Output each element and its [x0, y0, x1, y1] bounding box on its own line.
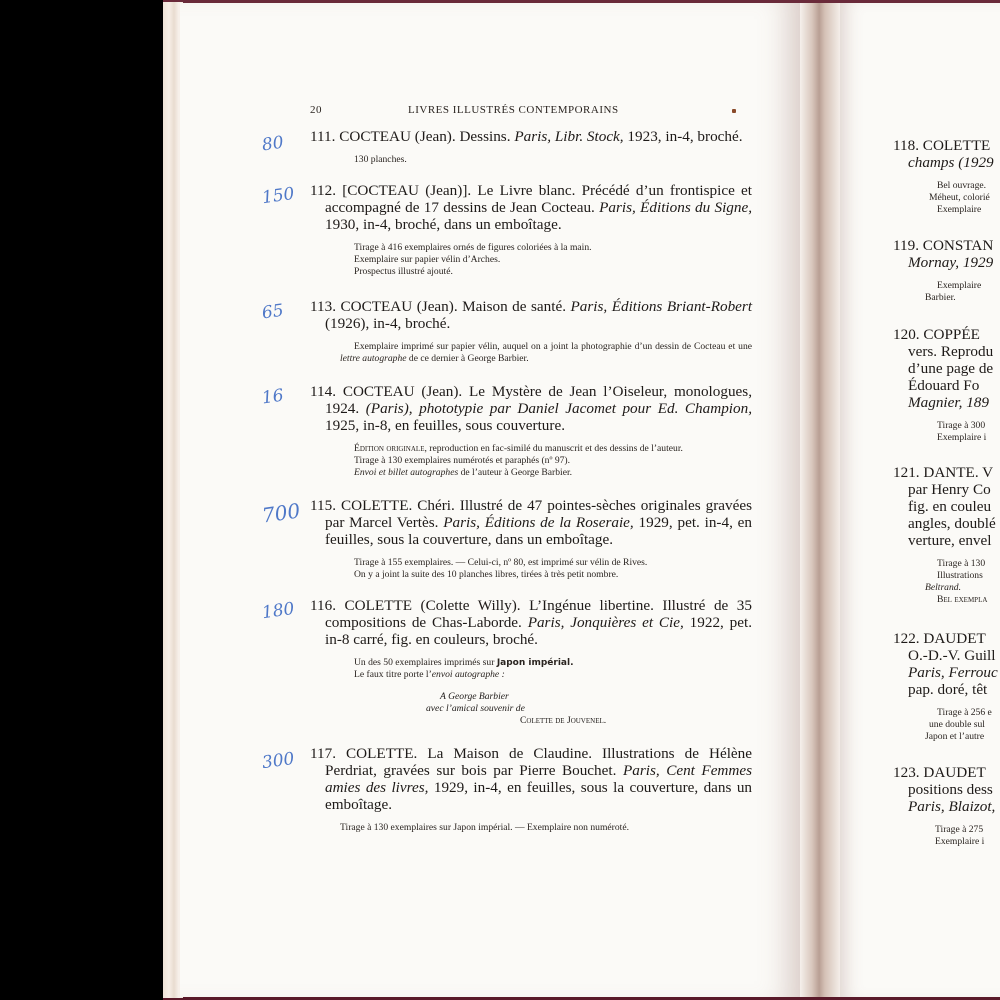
note-line: Tirage à 130 exemplaires numérotés et pa…: [354, 455, 752, 467]
entry-line: 122. DAUDET: [893, 630, 986, 647]
entry-line: par Henry Co: [893, 481, 991, 498]
entry-number: 115.: [310, 497, 336, 514]
entry-title: Dessins.: [459, 128, 510, 145]
note-text: de l’auteur à George Barbier.: [458, 467, 572, 478]
entry-line: positions dess: [893, 781, 993, 798]
entry-publisher: Paris, Libr. Stock,: [514, 128, 623, 145]
entry-details: 1925, in-8, en feuilles, sous couverture…: [325, 417, 565, 434]
entry-line: 118. COLETTE: [893, 137, 990, 154]
note-line: Tirage à 130: [937, 558, 996, 570]
entry-line: Mornay, 1929: [893, 254, 993, 271]
note-line: Un des 50 exemplaires imprimés sur Japon…: [354, 657, 752, 669]
note-line: Exemplaire sur papier vélin d’Arches.: [354, 254, 752, 266]
handwritten-price: 65: [261, 301, 285, 324]
entry-number: 114.: [310, 383, 336, 400]
note-text: , reproduction en fac-similé du manuscri…: [424, 443, 682, 454]
entry-notes: Exemplaire Barbier.: [893, 280, 993, 304]
catalogue-entry-121: 121. DANTE. V par Henry Co fig. en coule…: [893, 464, 996, 606]
entry-notes: Tirage à 256 e une double sul Japon et l…: [893, 707, 998, 743]
entry-line: fig. en couleu: [893, 498, 991, 515]
dedication-signature: Colette de Jouvenel.: [310, 715, 752, 727]
note-line: Bel ouvrage.: [937, 180, 994, 192]
note-text: Un des 50 exemplaires imprimés sur: [354, 657, 497, 668]
book-gutter: [800, 3, 840, 997]
entry-line: champs (1929: [893, 154, 994, 171]
entry-details: 1930, in-4, broché, dans un emboîtage.: [325, 216, 562, 233]
note-line: On y a joint la suite des 10 planches li…: [354, 569, 752, 581]
note-line: Japon et l’autre: [925, 731, 998, 743]
book-photo: 20 LIVRES ILLUSTRÉS CONTEMPORAINS 80 111…: [0, 0, 1000, 1000]
note-line: Le faux titre porte l’envoi autographe :: [354, 669, 752, 681]
entry-number: 117.: [310, 745, 336, 762]
entry-notes: Exemplaire imprimé sur papier vélin, auq…: [354, 341, 752, 365]
note-line: Tirage à 416 exemplaires ornés de figure…: [354, 242, 752, 254]
entry-author: [COCTEAU (Jean)].: [342, 182, 471, 199]
dedication-line: A George Barbier: [310, 691, 752, 703]
entry-publisher: (Paris), phototypie par Daniel Jacomet p…: [366, 400, 752, 417]
catalogue-entry-112: 150 112. [COCTEAU (Jean)]. Le Livre blan…: [310, 182, 752, 278]
catalogue-entry-123: 123. DAUDET positions dess Paris, Blaizo…: [893, 764, 995, 848]
note-emphasis: envoi autographe :: [432, 669, 505, 680]
entry-line: verture, envel: [893, 532, 992, 549]
note-text: Le faux titre porte l’: [354, 669, 432, 680]
entry-title: Maison de santé.: [462, 298, 566, 315]
note-line: 130 planches.: [354, 154, 752, 166]
note-line: Méheut, colorié: [929, 192, 994, 204]
note-bold: Japon impérial.: [497, 658, 574, 668]
entry-number: 113.: [310, 298, 336, 315]
entry-notes: Tirage à 130 exemplaires sur Japon impér…: [340, 822, 752, 834]
entry-heading: 123. DAUDET positions dess Paris, Blaizo…: [893, 764, 995, 815]
entry-heading: 118. COLETTE champs (1929: [893, 137, 994, 171]
entry-author: COCTEAU (Jean).: [343, 383, 462, 400]
note-emphasis: Envoi et billet autographes: [354, 467, 458, 478]
note-line: Beltrand.: [925, 582, 996, 594]
entry-details: (1926), in-4, broché.: [325, 315, 450, 332]
note-line: Tirage à 130 exemplaires sur Japon impér…: [340, 822, 752, 834]
catalogue-entry-119: 119. CONSTAN Mornay, 1929 Exemplaire Bar…: [893, 237, 993, 304]
entry-publisher: Paris, Éditions du Signe,: [599, 199, 752, 216]
catalogue-entry-117: 300 117. COLETTE. La Maison de Claudine.…: [310, 745, 752, 834]
entry-heading: 117. COLETTE. La Maison de Claudine. Ill…: [310, 745, 752, 813]
entry-notes: Tirage à 155 exemplaires. — Celui-ci, nº…: [354, 557, 752, 581]
page-number: 20: [310, 104, 322, 116]
entry-number: 111.: [310, 128, 335, 145]
handwritten-price: 80: [261, 133, 285, 156]
entry-heading: 115. COLETTE. Chéri. Illustré de 47 poin…: [310, 497, 752, 548]
entry-author: COLETTE.: [341, 497, 412, 514]
note-line: Exemplaire i: [935, 836, 995, 848]
entry-publisher: Paris, Éditions Briant-Robert: [571, 298, 753, 315]
entry-notes: Un des 50 exemplaires imprimés sur Japon…: [354, 657, 752, 681]
entry-notes: Édition originale, reproduction en fac-s…: [354, 443, 752, 479]
note-line: Bel exempla: [937, 594, 996, 606]
catalogue-entries: 80 111. COCTEAU (Jean). Dessins. Paris, …: [310, 128, 752, 848]
entry-number: 116.: [310, 597, 336, 614]
entry-number: 112.: [310, 182, 336, 199]
note-line: Exemplaire: [937, 204, 994, 216]
handwritten-price: 16: [261, 386, 285, 409]
entry-line: 120. COPPÉE: [893, 326, 980, 343]
entry-heading: 112. [COCTEAU (Jean)]. Le Livre blanc. P…: [310, 182, 752, 233]
note-smallcaps: Édition originale: [354, 443, 424, 454]
entry-author: COCTEAU (Jean).: [341, 298, 458, 315]
entry-notes: Bel ouvrage. Méheut, colorié Exemplaire: [893, 180, 994, 216]
note-line: Édition originale, reproduction en fac-s…: [340, 443, 752, 455]
entry-heading: 111. COCTEAU (Jean). Dessins. Paris, Lib…: [310, 128, 752, 145]
entry-heading: 114. COCTEAU (Jean). Le Mystère de Jean …: [310, 383, 752, 434]
entry-line: 121. DANTE. V: [893, 464, 993, 481]
catalogue-entry-114: 16 114. COCTEAU (Jean). Le Mystère de Je…: [310, 383, 752, 479]
note-line: Tirage à 300: [937, 420, 993, 432]
entry-heading: 120. COPPÉE vers. Reprodu d’une page de …: [893, 326, 993, 411]
entry-line: vers. Reprodu: [893, 343, 993, 360]
note-emphasis: lettre autographe: [340, 353, 407, 364]
entry-notes: 130 planches.: [354, 154, 752, 166]
entry-notes: Tirage à 130 Illustrations Beltrand. Bel…: [893, 558, 996, 606]
note-line: Exemplaire i: [937, 432, 993, 444]
catalogue-entry-116: 180 116. COLETTE (Colette Willy). L’Ingé…: [310, 597, 752, 727]
entry-publisher: Paris, Jonquières et Cie,: [528, 614, 684, 631]
entry-author: COLETTE.: [346, 745, 417, 762]
note-line: Illustrations: [937, 570, 996, 582]
entry-line: Paris, Blaizot,: [893, 798, 995, 815]
catalogue-entry-120: 120. COPPÉE vers. Reprodu d’une page de …: [893, 326, 993, 444]
note-text: Exemplaire imprimé sur papier vélin, auq…: [354, 341, 752, 352]
entry-line: Édouard Fo: [893, 377, 979, 394]
note-line: Envoi et billet autographes de l’auteur …: [354, 467, 752, 479]
entry-notes: Tirage à 275 Exemplaire i: [893, 824, 995, 848]
note-line: Tirage à 256 e: [937, 707, 998, 719]
note-line: Barbier.: [925, 292, 993, 304]
ink-mark: [732, 109, 736, 113]
entry-publisher: Paris, Éditions de la Roseraie,: [443, 514, 633, 531]
catalogue-entry-122: 122. DAUDET O.-D.-V. Guill Paris, Ferrou…: [893, 630, 998, 743]
entry-heading: 122. DAUDET O.-D.-V. Guill Paris, Ferrou…: [893, 630, 998, 698]
entry-line: Paris, Ferrouc: [893, 664, 998, 681]
entry-line: pap. doré, têt: [893, 681, 987, 698]
entry-line: O.-D.-V. Guill: [893, 647, 995, 664]
note-line: Exemplaire imprimé sur papier vélin, auq…: [340, 341, 752, 365]
catalogue-entry-118: 118. COLETTE champs (1929 Bel ouvrage. M…: [893, 137, 994, 216]
dedication-line: avec l’amical souvenir de: [310, 703, 752, 715]
catalogue-entry-115: 700 115. COLETTE. Chéri. Illustré de 47 …: [310, 497, 752, 581]
note-text: de ce dernier à George Barbier.: [407, 353, 529, 364]
running-head-title: LIVRES ILLUSTRÉS CONTEMPORAINS: [408, 104, 619, 116]
entry-heading: 121. DANTE. V par Henry Co fig. en coule…: [893, 464, 996, 549]
entry-heading: 113. COCTEAU (Jean). Maison de santé. Pa…: [310, 298, 752, 332]
dedication-inscription: A George Barbier avec l’amical souvenir …: [310, 691, 752, 727]
entry-notes: Tirage à 300 Exemplaire i: [893, 420, 993, 444]
entry-author: COCTEAU (Jean).: [339, 128, 455, 145]
note-line: Prospectus illustré ajouté.: [354, 266, 752, 278]
entry-line: angles, doublé: [893, 515, 996, 532]
entry-details: 1923, in-4, broché.: [627, 128, 742, 145]
note-line: une double sul: [929, 719, 998, 731]
note-line: Exemplaire: [937, 280, 993, 292]
entry-line: 123. DAUDET: [893, 764, 986, 781]
catalogue-entry-113: 65 113. COCTEAU (Jean). Maison de santé.…: [310, 298, 752, 365]
entry-heading: 116. COLETTE (Colette Willy). L’Ingénue …: [310, 597, 752, 648]
entry-heading: 119. CONSTAN Mornay, 1929: [893, 237, 993, 271]
entry-notes: Tirage à 416 exemplaires ornés de figure…: [354, 242, 752, 278]
entry-author: COLETTE (Colette Willy).: [345, 597, 521, 614]
entry-line: d’une page de: [893, 360, 993, 377]
note-line: Tirage à 275: [935, 824, 995, 836]
note-line: Tirage à 155 exemplaires. — Celui-ci, nº…: [354, 557, 752, 569]
catalogue-entry-111: 80 111. COCTEAU (Jean). Dessins. Paris, …: [310, 128, 752, 166]
entry-line: Magnier, 189: [893, 394, 989, 411]
entry-line: 119. CONSTAN: [893, 237, 993, 254]
